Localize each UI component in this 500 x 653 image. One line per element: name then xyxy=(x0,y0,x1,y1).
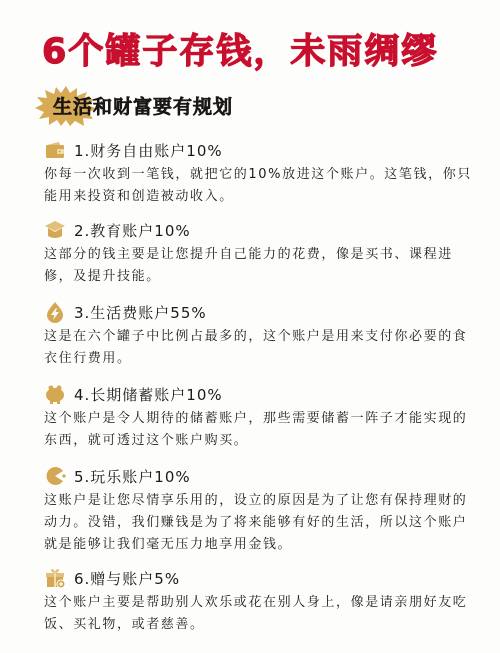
section-body: 这部分的钱主要是让您提升自己能力的花费，像是买书、课程进修，及提升技能。 xyxy=(44,244,484,288)
section-body: 这是在六个罐子中比例占最多的，这个账户是用来支付你必要的食衣住行费用。 xyxy=(44,326,484,370)
section-title: 5.玩乐账户10% xyxy=(74,466,191,487)
section-long-term-savings: 4.长期储蓄账户10% 这个账户是令人期待的储蓄账户，那些需要储蓄一阵子才能实现… xyxy=(44,382,484,452)
subtitle-banner: 生活和财富要有规划 xyxy=(35,86,295,126)
section-body: 你每一次收到一笔钱，就把它的10%放进这个账户。这笔钱，你只能用来投资和创造被动… xyxy=(44,164,484,208)
section-living-expenses: 3.生活费账户55% 这是在六个罐子中比例占最多的，这个账户是用来支付你必要的食… xyxy=(44,300,484,370)
page-title: 6个罐子存钱，未雨绸缪 xyxy=(42,30,482,74)
section-title: 3.生活费账户55% xyxy=(74,302,207,323)
section-body: 这个账户主要是帮助别人欢乐或花在别人身上，像是请亲朋好友吃饭、买礼物，或者慈善。 xyxy=(44,592,484,636)
piggy-bank-icon xyxy=(44,383,66,405)
section-title: 6.赠与账户5% xyxy=(74,568,180,589)
section-title: 1.财务自由账户10% xyxy=(74,140,223,161)
lightning-drop-icon xyxy=(44,301,66,323)
wallet-icon xyxy=(44,139,66,161)
section-financial-freedom: 1.财务自由账户10% 你每一次收到一笔钱，就把它的10%放进这个账户。这笔钱，… xyxy=(44,138,484,208)
section-title: 2.教育账户10% xyxy=(74,220,191,241)
gift-icon xyxy=(44,567,66,589)
section-education: 2.教育账户10% 这部分的钱主要是让您提升自己能力的花费，像是买书、课程进修，… xyxy=(44,218,484,288)
pacman-icon xyxy=(44,465,66,487)
section-gifting: 6.赠与账户5% 这个账户主要是帮助别人欢乐或花在别人身上，像是请亲朋好友吃饭、… xyxy=(44,566,484,636)
graduation-cap-icon xyxy=(44,219,66,241)
section-entertainment: 5.玩乐账户10% 这账户是让您尽情享乐用的，设立的原因是为了让您有保持理财的动… xyxy=(44,464,484,556)
section-body: 这账户是让您尽情享乐用的，设立的原因是为了让您有保持理财的动力。没错，我们赚钱是… xyxy=(44,490,484,556)
section-title: 4.长期储蓄账户10% xyxy=(74,384,223,405)
section-body: 这个账户是令人期待的储蓄账户，那些需要储蓄一阵子才能实现的东西，就可透过这个账户… xyxy=(44,408,484,452)
page-subtitle: 生活和财富要有规划 xyxy=(53,92,233,119)
